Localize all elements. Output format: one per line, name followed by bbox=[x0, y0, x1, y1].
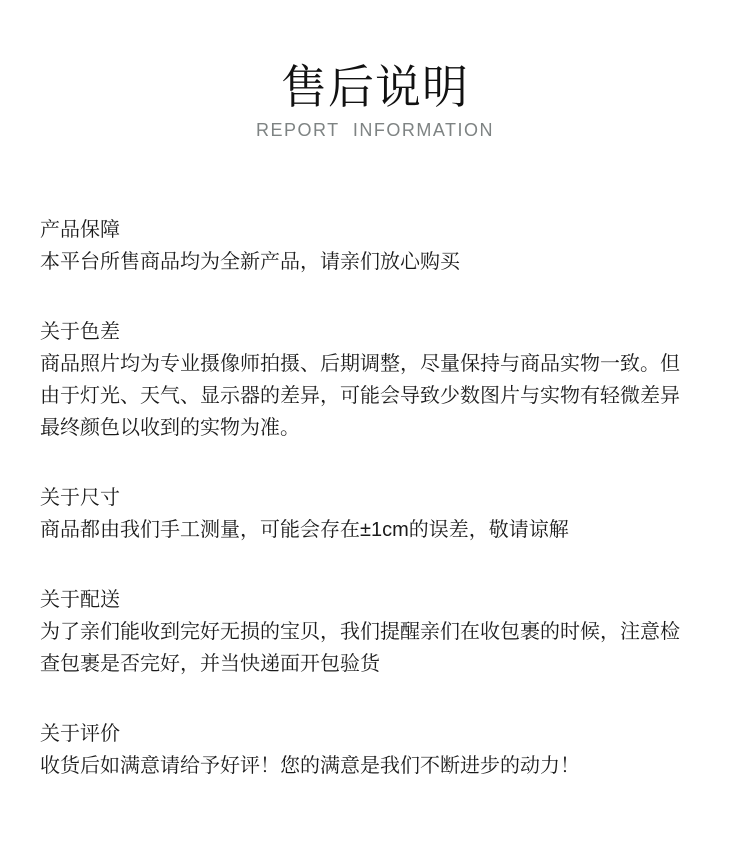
section-size: 关于尺寸 商品都由我们手工测量，可能会存在±1cm的误差，敬请谅解 bbox=[40, 482, 712, 546]
section-body: 商品照片均为专业摄像师拍摄、后期调整，尽量保持与商品实物一致。但 由于灯光、天气… bbox=[40, 348, 712, 444]
section-body: 为了亲们能收到完好无损的宝贝，我们提醒亲们在收包裹的时候，注意检 查包裹是否完好… bbox=[40, 616, 712, 680]
section-review: 关于评价 收货后如满意请给予好评！您的满意是我们不断进步的动力！ bbox=[40, 718, 712, 782]
page-header: 售后说明 REPORT INFORMATION bbox=[0, 0, 750, 142]
section-body: 收货后如满意请给予好评！您的满意是我们不断进步的动力！ bbox=[40, 750, 712, 782]
after-sales-content: 产品保障 本平台所售商品均为全新产品，请亲们放心购买 关于色差 商品照片均为专业… bbox=[0, 214, 750, 782]
section-heading: 关于尺寸 bbox=[40, 482, 712, 514]
section-body: 本平台所售商品均为全新产品，请亲们放心购买 bbox=[40, 246, 712, 278]
section-heading: 产品保障 bbox=[40, 214, 712, 246]
section-body: 商品都由我们手工测量，可能会存在±1cm的误差，敬请谅解 bbox=[40, 514, 712, 546]
page-subtitle: REPORT INFORMATION bbox=[0, 118, 750, 142]
section-heading: 关于评价 bbox=[40, 718, 712, 750]
section-color-difference: 关于色差 商品照片均为专业摄像师拍摄、后期调整，尽量保持与商品实物一致。但 由于… bbox=[40, 316, 712, 444]
page-title: 售后说明 bbox=[0, 56, 750, 118]
section-heading: 关于色差 bbox=[40, 316, 712, 348]
section-delivery: 关于配送 为了亲们能收到完好无损的宝贝，我们提醒亲们在收包裹的时候，注意检 查包… bbox=[40, 584, 712, 680]
section-product-guarantee: 产品保障 本平台所售商品均为全新产品，请亲们放心购买 bbox=[40, 214, 712, 278]
section-heading: 关于配送 bbox=[40, 584, 712, 616]
